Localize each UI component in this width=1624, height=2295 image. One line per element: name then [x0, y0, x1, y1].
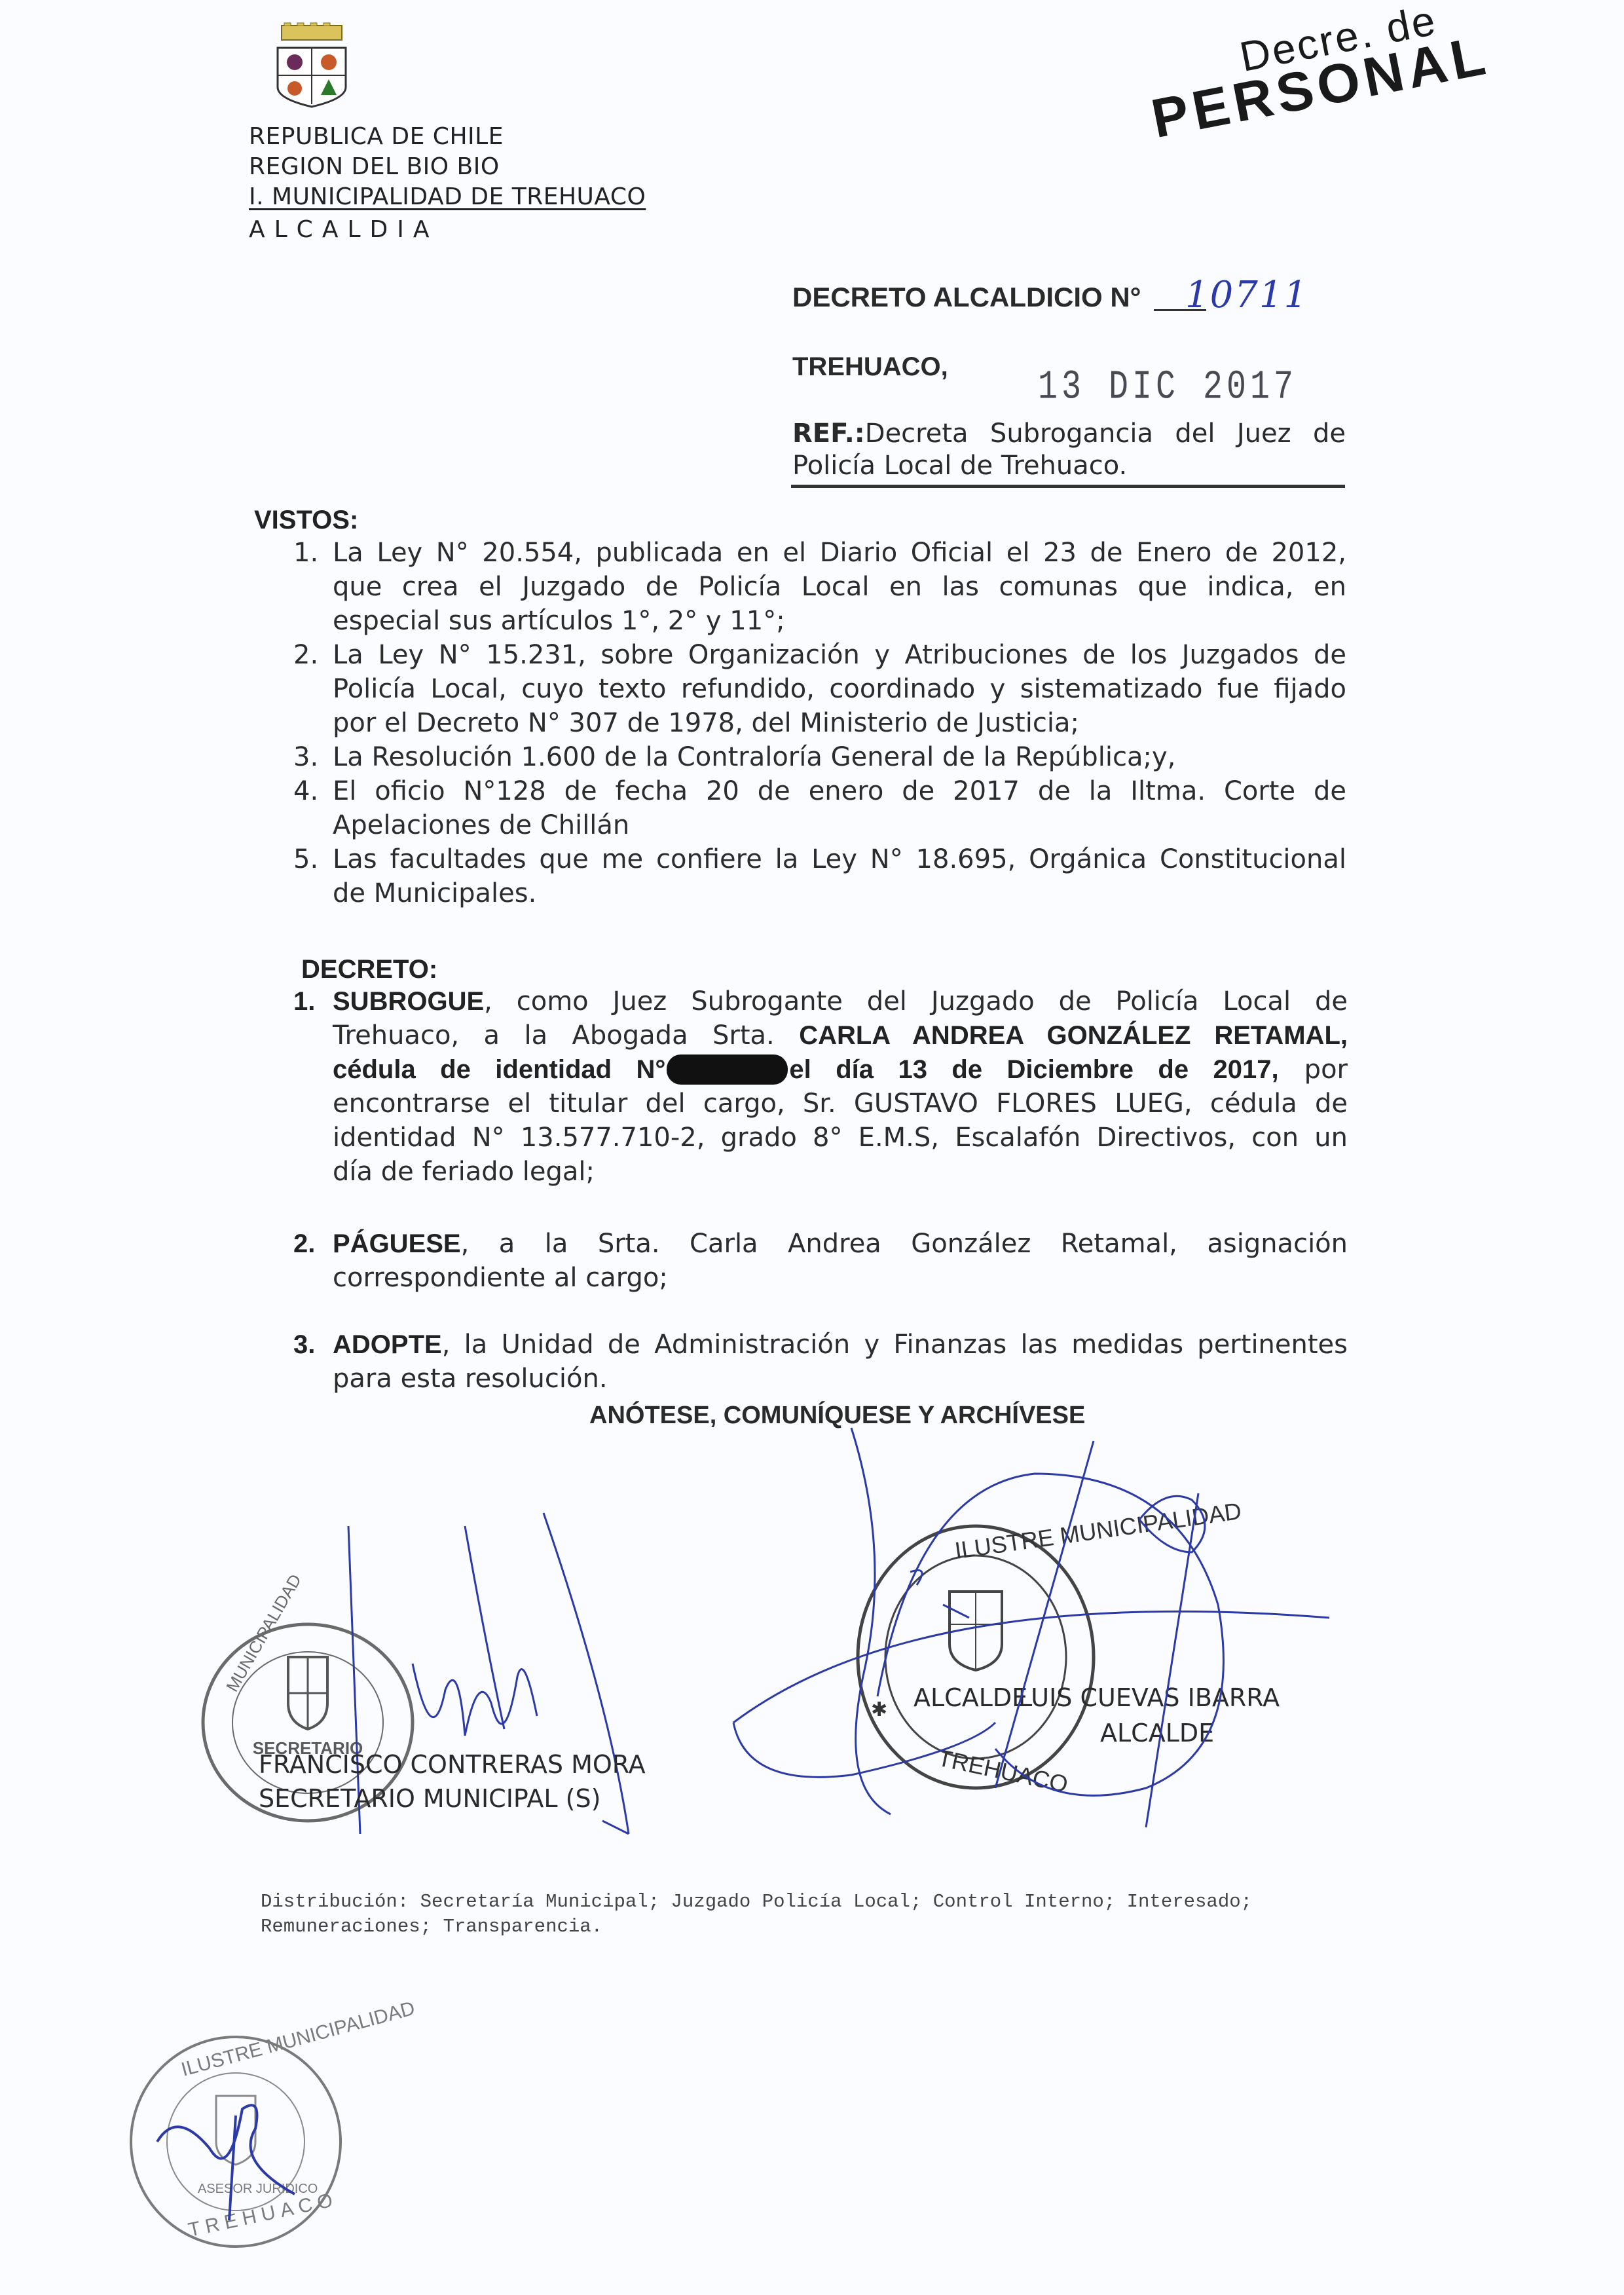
item-number: 5.	[293, 842, 318, 876]
svg-text:TREHUACO: TREHUACO	[187, 2188, 340, 2241]
header-region: REGION DEL BIO BIO	[249, 152, 500, 182]
decreto-item-3: 3. ADOPTE, la Unidad de Administración y…	[293, 1328, 1348, 1396]
ref-label: REF.:	[792, 419, 865, 449]
item2-line1: , a la Srta. Carla Andrea González Retam…	[461, 1229, 1348, 1259]
decree-number-label: DECRETO ALCALDICIO N°	[792, 282, 1141, 313]
vistos-item: 1.La Ley N° 20.554, publicada en el Diar…	[293, 536, 1346, 638]
svg-text:ASESOR JURIDICO: ASESOR JURIDICO	[198, 2182, 318, 2196]
legal-advisor-seal-icon: ILUSTRE MUNICIPALIDAD TREHUACO ASESOR JU…	[124, 2030, 347, 2253]
effective-date: el día 13 de Diciembre de 2017,	[789, 1055, 1278, 1084]
decree-number-handwritten: 10711	[1185, 274, 1308, 316]
vistos-list: 1.La Ley N° 20.554, publicada en el Diar…	[293, 536, 1346, 910]
vistos-item: 2.La Ley N° 15.231, sobre Organización y…	[293, 638, 1346, 740]
vistos-line: La Ley N° 15.231, sobre Organización y A…	[333, 638, 1346, 672]
verb-adopte: ADOPTE	[333, 1330, 442, 1359]
vistos-line: especial sus artículos 1°, 2° y 11°;	[333, 604, 1346, 638]
secretary-title: SECRETARIO MUNICIPAL (S)	[259, 1784, 600, 1813]
item-number: 1.	[293, 536, 318, 570]
reference-rule	[791, 485, 1345, 488]
vistos-line: La Resolución 1.600 de la Contraloría Ge…	[333, 740, 1346, 774]
vistos-line: Las facultades que me confiere la Ley N°…	[333, 842, 1346, 876]
vistos-item: 5.Las facultades que me confiere la Ley …	[293, 842, 1346, 910]
distribution-list: Distribución: Secretaría Municipal; Juzg…	[261, 1890, 1252, 1939]
mayor-signature	[720, 1421, 1441, 1827]
redacted-id-number	[667, 1054, 788, 1085]
vistos-line: Policía Local, cuyo texto refundido, coo…	[333, 672, 1346, 706]
appointee-name: CARLA ANDREA GONZÁLEZ RETAMAL,	[799, 1021, 1348, 1050]
item-number: 3.	[293, 1328, 315, 1362]
item-number: 1.	[293, 984, 315, 1018]
decreto-item-2: 2. PÁGUESE, a la Srta. Carla Andrea Gonz…	[293, 1227, 1348, 1295]
date-stamp: 13 DIC 2017	[1038, 364, 1297, 411]
municipal-coat-of-arms-icon	[275, 23, 348, 108]
ref-line-1: Decreta Subrogancia del Juez de	[865, 419, 1346, 449]
header-municipality: I. MUNICIPALIDAD DE TREHUACO	[249, 182, 646, 212]
vistos-item: 4.El oficio N°128 de fecha 20 de enero d…	[293, 774, 1346, 842]
item1-line6: día de feriado legal;	[333, 1155, 1348, 1189]
personal-decree-stamp: Decre. de PERSONAL	[1139, 0, 1494, 151]
item3-line1: , la Unidad de Administración y Finanzas…	[442, 1330, 1348, 1360]
item1-line4: encontrarse el titular del cargo, Sr. GU…	[333, 1087, 1348, 1121]
vistos-line: de Municipales.	[333, 876, 1346, 910]
decreto-item-1: 1. SUBROGUE, como Juez Subrogante del Ju…	[293, 984, 1348, 1189]
item1-line3-rest: por	[1279, 1054, 1348, 1085]
distribution-line-2: Remuneraciones; Transparencia.	[261, 1914, 1252, 1939]
decree-city: TREHUACO,	[792, 352, 948, 382]
header-office: ALCALDIA	[249, 215, 438, 245]
item3-line2: para esta resolución.	[333, 1362, 1348, 1396]
secretary-name: FRANCISCO CONTRERAS MORA	[259, 1750, 646, 1779]
id-label: cédula de identidad N°	[333, 1055, 665, 1084]
vistos-line: por el Decreto N° 307 de 1978, del Minis…	[333, 706, 1346, 740]
verb-paguese: PÁGUESE	[333, 1229, 461, 1258]
item1-line2: Trehuaco, a la Abogada Srta.	[333, 1020, 799, 1051]
vistos-line: La Ley N° 20.554, publicada en el Diario…	[333, 536, 1346, 570]
item-number: 2.	[293, 1227, 315, 1261]
vistos-line: que crea el Juzgado de Policía Local en …	[333, 570, 1346, 604]
distribution-line-1: Distribución: Secretaría Municipal; Juzg…	[261, 1890, 1252, 1914]
vistos-line: Apelaciones de Chillán	[333, 808, 1346, 842]
verb-subrogue: SUBROGUE	[333, 987, 484, 1016]
vistos-line: El oficio N°128 de fecha 20 de enero de …	[333, 774, 1346, 808]
item-number: 2.	[293, 638, 318, 672]
item1-line5: identidad N° 13.577.710-2, grado 8° E.M.…	[333, 1121, 1348, 1155]
item1-line1: , como Juez Subrogante del Juzgado de Po…	[484, 986, 1348, 1017]
item-number: 4.	[293, 774, 318, 808]
header-country: REPUBLICA DE CHILE	[249, 122, 504, 152]
svg-text:MUNICIPALIDAD: MUNICIPALIDAD	[222, 1571, 305, 1695]
vistos-heading: VISTOS:	[254, 506, 358, 535]
decree-reference: REF.:Decreta Subrogancia del Juez de	[792, 417, 1346, 451]
item2-line2: correspondiente al cargo;	[333, 1261, 1348, 1295]
vistos-item: 3.La Resolución 1.600 de la Contraloría …	[293, 740, 1346, 774]
ref-line-2: Policía Local de Trehuaco.	[792, 451, 1127, 481]
item-number: 3.	[293, 740, 318, 774]
decreto-heading: DECRETO:	[301, 955, 437, 984]
